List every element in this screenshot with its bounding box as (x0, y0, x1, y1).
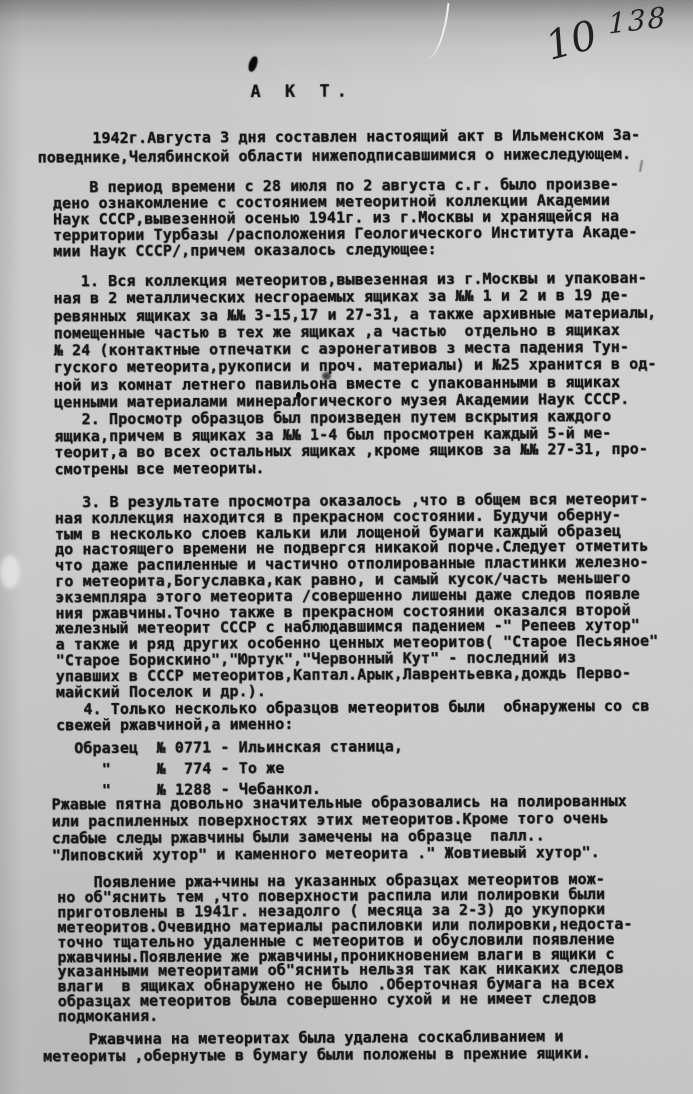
text-line: теорит,а во всех остальных ящиках ,кроме… (54, 441, 648, 461)
text-line: смотрены все метеориты. (54, 457, 648, 477)
text-line: "Липовский хутор" и каменного метеорита … (52, 844, 627, 865)
text-line: 4. Только несколько образцов метеоритов … (56, 698, 650, 718)
paragraph-intro: 1942г.Августа 3 дня составлен настоящий … (37, 126, 640, 168)
document-body: 1942г.Августа 3 дня составлен настоящий … (0, 0, 690, 2)
text-line: Образец № 0771 - Ильинская станица, (74, 736, 403, 759)
paragraph-samples: Образец № 0771 - Ильинская станица, " № … (74, 736, 403, 801)
text-line: поведнике,Челябинской области нижеподпис… (38, 145, 641, 168)
text-line: " № 774 - То же (74, 757, 403, 780)
paragraph-point3: 3. В результате просмотра оказалось ,что… (55, 492, 659, 701)
paragraph-point1: 1. Вся коллекция метеоритов,вывезенная и… (53, 270, 656, 412)
paragraph-explanation: Появление ржа+чины на указанных образцах… (57, 872, 633, 1025)
document-title: А К Т. (0, 80, 607, 104)
paragraph-report: В период времени с 28 июля по 2 августа … (53, 176, 638, 260)
text-line: свежей ржавчиной,а именно: (56, 714, 650, 734)
paragraph-conclusion: Ржавчина на метеоритах была удалена соск… (43, 1028, 591, 1065)
text-line: мии Наук СССР/,причем оказалось следующе… (53, 240, 637, 260)
paragraph-rust: Ржавые пятна довольно значительные образ… (52, 793, 628, 865)
paragraph-point4: 4. Только несколько образцов метеоритов … (56, 698, 650, 734)
scanned-document-page: 138 10 А К Т. 1942г.Августа 3 дня состав… (0, 0, 693, 1094)
text-line: подмокания. (58, 1006, 633, 1024)
typewritten-text-layer: А К Т. 1942г.Августа 3 дня составлен нас… (0, 0, 693, 1094)
paragraph-point2: 2. Просмотр образцов был произведен путе… (54, 408, 648, 478)
text-line: метеориты ,обернутые в бумагу были полож… (43, 1045, 591, 1065)
